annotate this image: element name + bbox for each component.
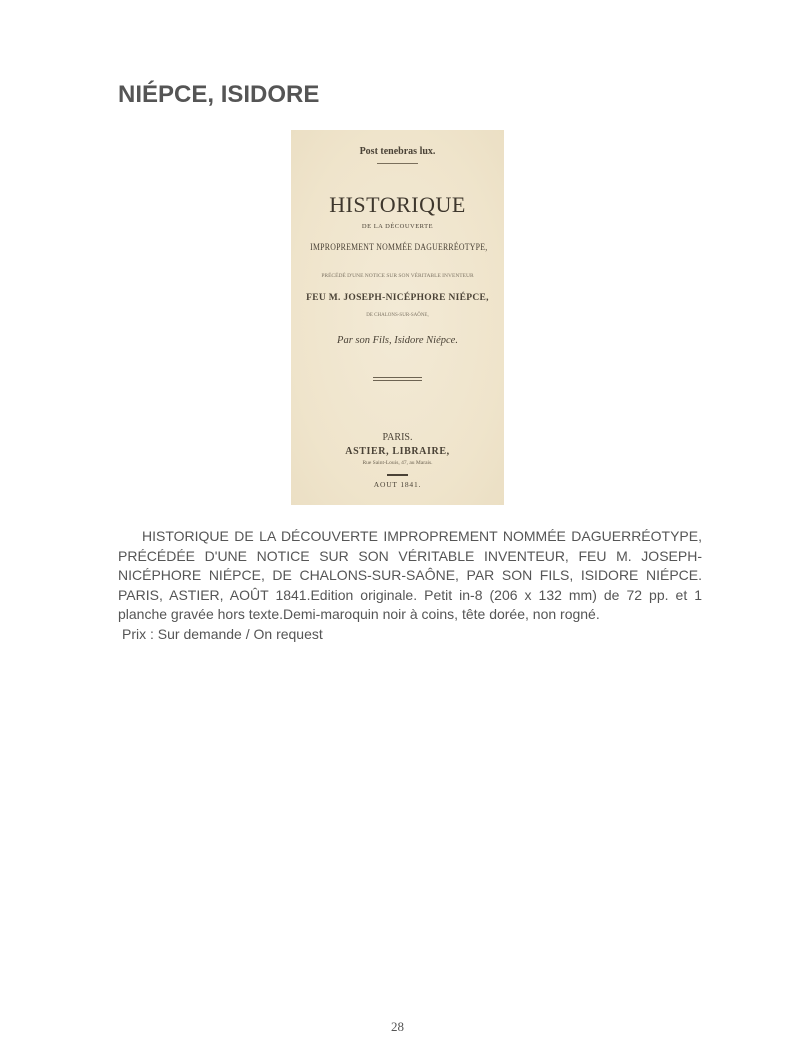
- price-text: Prix : Sur demande / On request: [118, 625, 702, 645]
- book-description: HISTORIQUE DE LA DÉCOUVERTE IMPROPREMENT…: [118, 527, 702, 644]
- plate-publisher: ASTIER, LIBRAIRE,: [291, 446, 504, 457]
- book-title-page-image: Post tenebras lux. HISTORIQUE DE LA DÉCO…: [291, 130, 504, 505]
- page-number: 28: [0, 1019, 795, 1035]
- description-text: HISTORIQUE DE LA DÉCOUVERTE IMPROPREMENT…: [118, 527, 702, 625]
- plate-author: FEU M. JOSEPH-NICÉPHORE NIÉPCE,: [291, 293, 504, 303]
- plate-subtitle-1: DE LA DÉCOUVERTE: [291, 223, 504, 230]
- plate-place: DE CHALONS-SUR-SAÔNE,: [291, 313, 504, 318]
- plate-subtitle-3: PRÉCÉDÉ D'UNE NOTICE SUR SON VÉRITABLE I…: [291, 273, 504, 279]
- plate-rule-short: [387, 474, 408, 476]
- plate-by-line: Par son Fils, Isidore Niépce.: [291, 335, 504, 346]
- plate-subtitle-2: IMPROPREMENT NOMMÉE DAGUERRÉOTYPE,: [310, 243, 485, 253]
- plate-rule: [377, 163, 418, 164]
- plate-date: AOUT 1841.: [291, 480, 504, 489]
- plate-ornament: [373, 377, 422, 381]
- plate-title: HISTORIQUE: [291, 192, 504, 218]
- plate-city: PARIS.: [291, 432, 504, 443]
- page-title: NIÉPCE, ISIDORE: [118, 81, 319, 109]
- plate-motto: Post tenebras lux.: [291, 146, 504, 157]
- plate-address: Rue Saint-Louis, 47, au Marais.: [291, 460, 504, 466]
